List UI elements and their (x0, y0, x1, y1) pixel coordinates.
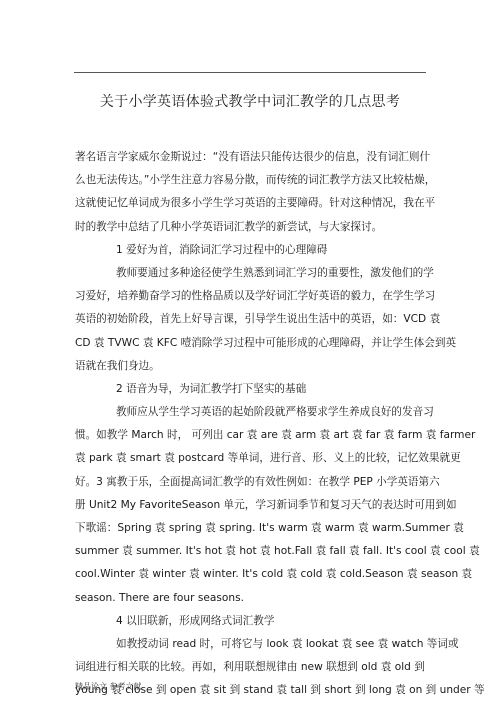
document-body: 著名语言学家威尔金斯说过：“没有语法只能传达很少的信息，没有词汇则什 么也无法传… (75, 146, 427, 703)
text-line: CD 袁 TVWC 袁 KFC 噎消除学习过程中可能形成的心理障碍，并让学生体会… (75, 332, 427, 355)
text-line: 时的教学中总结了几种小学英语词汇教学的新尝试，与大家探讨。 (75, 216, 427, 239)
section-heading-1: 1 爱好为首，消除词汇学习过程中的心理障碍 (75, 239, 427, 262)
section-heading-4: 4 以旧联新，形成网络式词汇教学 (75, 610, 427, 633)
text-line: 教师要通过多种途径使学生熟悉到词汇学习的重要性，激发他们的学 (75, 262, 427, 285)
text-line: 词组进行相关联的比较。再如，利用联想规律由 new 联想到 old 袁 old … (75, 656, 427, 679)
section-heading-2: 2 语音为导，为词汇教学打下坚实的基础 (75, 378, 427, 401)
text-line: 么也无法传达。”小学生注意力容易分散，而传统的词汇教学方法又比较枯燥， (75, 169, 427, 192)
text-line: 著名语言学家威尔金斯说过：“没有语法只能传达很少的信息，没有词汇则什 (75, 146, 427, 169)
text-line: 这就使记忆单词成为很多小学生学习英语的主要障碍。针对这种情况，我在平 (75, 192, 427, 215)
text-line: 惯。如教学 March 时， 可列出 car 袁 are 袁 arm 袁 art… (75, 424, 427, 447)
text-line: season. There are four seasons. (75, 587, 427, 610)
text-line: 习爱好，培养勤奋学习的性格品质以及学好词汇学好英语的毅力，在学生学习 (75, 285, 427, 308)
text-line: 下歌谣：Spring 袁 spring 袁 spring. It's warm … (75, 517, 427, 540)
page-footer: 精品论文 参考文献 (75, 681, 142, 692)
text-line: 袁 park 袁 smart 袁 postcard 等单词，进行音、形、义上的比… (75, 447, 427, 470)
text-line: 教师应从学生学习英语的起始阶段就严格要求学生养成良好的发音习 (75, 401, 427, 424)
text-line: 册 Unit2 My FavoriteSeason 单元，学习新词季节和复习天气… (75, 494, 427, 517)
text-line: 好。3 寓教于乐，全面提高词汇教学的有效性例如：在教学 PEP 小学英语第六 (75, 471, 427, 494)
text-line: 如教授动词 read 时，可将它与 look 袁 lookat 袁 see 袁 … (75, 633, 427, 656)
text-line: cool.Winter 袁 winter 袁 winter. It's cold… (75, 563, 427, 586)
text-line: summer 袁 summer. It's hot 袁 hot 袁 hot.Fa… (75, 540, 427, 563)
document-title: 关于小学英语体验式教学中词汇教学的几点思考 (0, 91, 500, 111)
header-rule (74, 72, 426, 73)
text-line: 英语的初始阶段，首先上好导言课，引导学生说出生活中的英语，如：VCD 袁 (75, 308, 427, 331)
text-line: 语就在我们身边。 (75, 355, 427, 378)
